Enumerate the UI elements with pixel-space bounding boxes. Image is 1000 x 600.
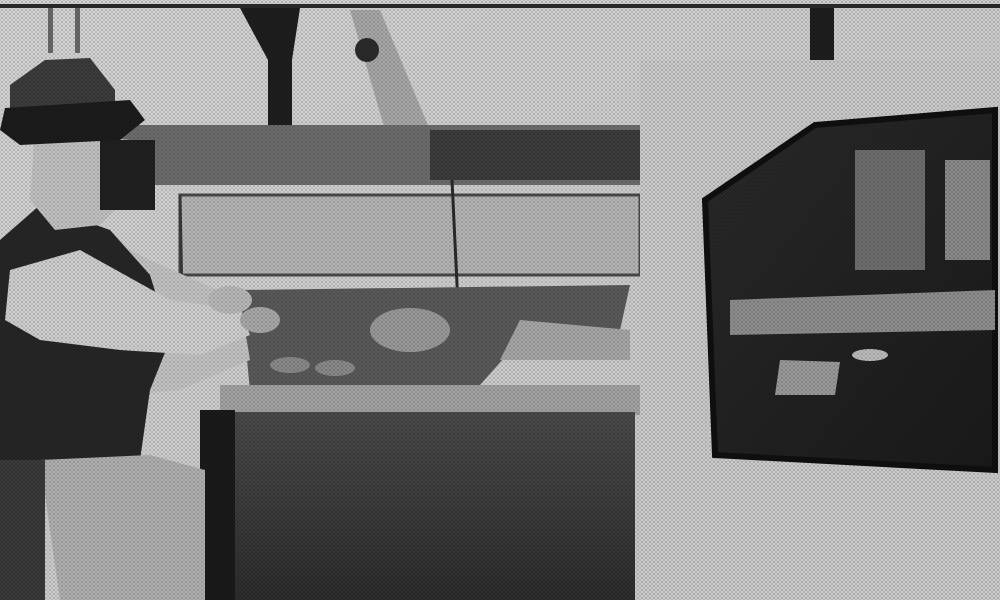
machine-hood [180,195,640,275]
window-highlight [852,349,888,361]
man-trousers [40,455,205,600]
tray-item [370,308,450,352]
man-collar-shadow [100,140,155,210]
top-edge [0,4,1000,8]
man-hand [208,286,252,314]
man-hand [240,307,280,333]
leg-shadow [0,460,45,600]
window-panel [855,150,925,270]
dark-fixture [355,38,379,62]
cabinet-left-post [200,410,235,600]
counter-top [220,385,640,415]
right-post [810,8,834,60]
photograph [0,0,1000,600]
back-band-dark [430,130,650,180]
tray-item [270,357,310,373]
cabinet-base [225,412,635,600]
left-poles [48,8,53,53]
left-poles-2 [75,8,80,53]
tray-item [315,360,355,376]
window-panel [945,160,990,260]
window-item [775,360,840,395]
